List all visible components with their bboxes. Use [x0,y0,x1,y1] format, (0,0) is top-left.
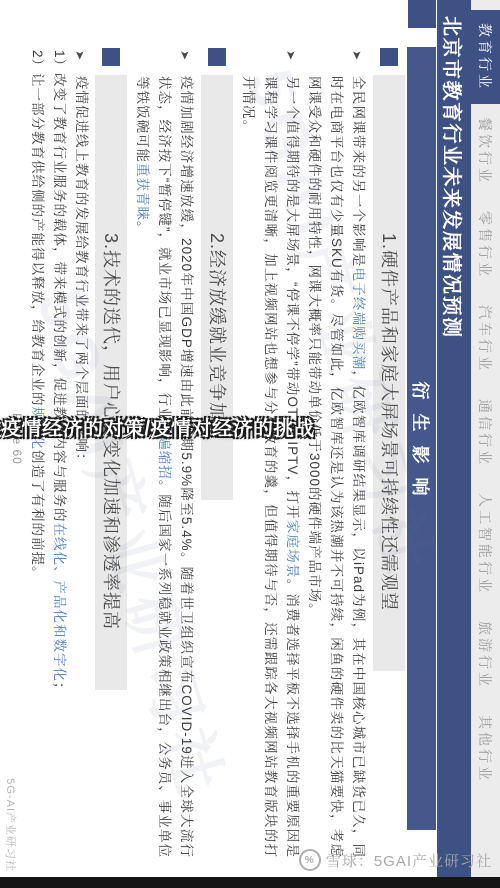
body-text: ； [52,682,67,697]
tab-industry-3[interactable]: 汽车行业 [471,292,500,386]
section3-point2: 2）让一部分教育供给侧的产能得以释放，给教育企业的规模化创造了有利的前提。 [26,50,48,858]
industry-tab-bar: 教育行业餐饮行业零售行业汽车行业通信行业人工智能行业旅游行业其他行业 [471,0,500,878]
xueqiu-logo-icon: % [299,849,321,871]
tab-industry-4[interactable]: 通信行业 [471,386,500,480]
highlighted-text: 重获青睐 [135,163,150,221]
screenshot-stage: 教育行业餐饮行业零售行业汽车行业通信行业人工智能行业旅游行业其他行业 北京市教育… [0,0,500,888]
section3-square-icon [102,48,120,66]
highlighted-text: 在线化、产品化和数字化 [52,523,67,683]
tab-industry-5[interactable]: 人工智能行业 [471,480,500,608]
tab-industry-1[interactable]: 餐饮行业 [471,104,500,198]
derive-square-icon [408,0,436,28]
section1-square-icon [380,48,398,66]
bottom-watermark-text: 雪球：5GAI产业研习社 [326,850,492,871]
tab-industry-0[interactable]: 教育行业 [471,10,500,104]
overlay-caption: 疫情经济的对策/疫情对经济的挑战 [1,412,315,441]
tab-industry-7[interactable]: 其他行业 [471,702,500,796]
body-text: 。 [135,221,150,236]
section2-square-icon [208,48,226,66]
body-text: 创造了有利的前提。 [30,450,45,581]
slide-footer-brand: 5G-AI产业研习社 [3,778,19,872]
page-title-bar: 北京市教育行业未来发展情况预测 [437,0,471,878]
bullet-arrow-icon: ➤ [346,50,368,60]
bottom-black-bar [0,877,500,888]
page-title: 北京市教育行业未来发展情况预测 [440,16,469,339]
highlighted-text: 家庭场景 [285,520,300,579]
tab-industry-6[interactable]: 旅游行业 [471,608,500,702]
tab-industry-2[interactable]: 零售行业 [471,198,500,292]
bottom-watermark: % 雪球：5GAI产业研习社 [299,849,492,871]
bullet-arrow-icon: ➤ [69,50,91,60]
bullet-arrow-icon: ➤ [280,50,302,60]
bullet-arrow-icon: ➤ [174,50,196,60]
